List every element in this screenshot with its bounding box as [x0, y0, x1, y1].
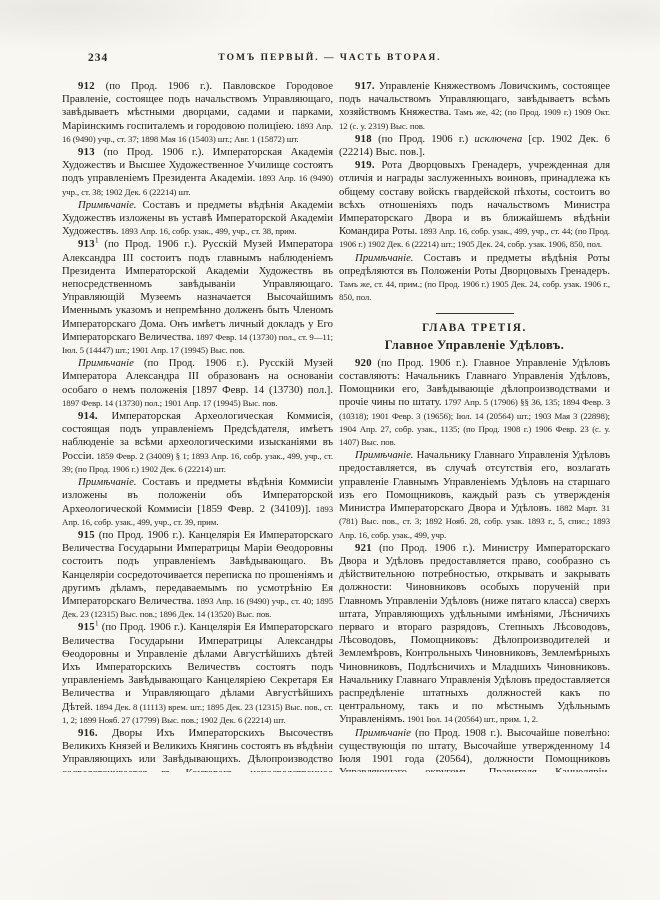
- article-number: 913: [78, 238, 95, 250]
- article-number: 915: [78, 529, 95, 541]
- article-number: 915: [78, 621, 95, 633]
- note-label: Примѣчаніе.: [78, 199, 136, 211]
- statute-citation: 1797 Апр. 5 (17906) §§ 36, 135; 1894 Фев…: [339, 397, 610, 447]
- statute-citation: 1901 Іюл. 14 (20564) шт., прим. 1, 2.: [405, 714, 538, 724]
- note-920: Примѣчаніе. Начальнику Главнаго Управлен…: [339, 449, 610, 541]
- left-column: 912 (по Прод. 1906 г.). Павловское Город…: [62, 80, 333, 772]
- chapter-3-divider: [436, 313, 514, 314]
- statute-citation: 1893 Апр. 16 (9490) учр., ст. 40; 1895 Д…: [62, 596, 333, 619]
- article-915: 915 (по Прод. 1906 г.). Канцелярія Ея Им…: [62, 529, 333, 621]
- article-number: 921: [355, 542, 372, 554]
- article-number: 918: [355, 133, 372, 145]
- statute-citation: 1893 Апр. 16 (9490) учр., ст. 37; 1898 М…: [62, 121, 333, 144]
- scanned-book-page: 234 ТОМЪ ПЕРВЫЙ. — ЧАСТЬ ВТОРАЯ. 912 (по…: [0, 0, 660, 900]
- statute-citation: 1897 Февр. 14 (13730) пол., ст. 9—11; Ію…: [62, 332, 333, 355]
- article-913: 913 (по Прод. 1906 г.). Императорская Ак…: [62, 146, 333, 199]
- statute-citation: 1894 Дек. 8 (11113) врем. шт.; 1895 Дек.…: [62, 702, 333, 725]
- article-918: 918 (по Прод. 1906 г.) исключена [ср. 19…: [339, 133, 610, 159]
- chapter-3-subtitle: Главное Управленіе Удѣловъ.: [339, 339, 610, 352]
- statute-citation: Тамъ же, 42; (по Прод. 1909 г.) 1909 Окт…: [339, 107, 610, 130]
- article-number: 919.: [355, 159, 375, 171]
- statute-citation: 1893 Апр. 16, собр. узак., 499, учр., ст…: [62, 504, 333, 527]
- article-917: 917. Управленіе Княжествомъ Ловичскимъ, …: [339, 80, 610, 133]
- note-913: Примѣчаніе. Составъ и предметы вѣдѣнія А…: [62, 199, 333, 239]
- article-913-1: 9131 (по Прод. 1906 г.). Русскій Музей И…: [62, 238, 333, 357]
- note-label: Примѣчаніе: [78, 357, 134, 369]
- statute-citation: 1893 Апр. 16 (9490) учр., ст. 38; 1902 Д…: [62, 173, 333, 196]
- running-head: 234 ТОМЪ ПЕРВЫЙ. — ЧАСТЬ ВТОРАЯ.: [0, 52, 660, 70]
- article-921: 921 (по Прод. 1906 г.). Министру Императ…: [339, 542, 610, 727]
- article-number: 916.: [78, 727, 98, 739]
- statute-citation: 1893 Апр. 16, собр. узак., 499, учр., ст…: [119, 226, 297, 236]
- article-919: 919. Рота Дворцовыхъ Гренадеръ, учрежден…: [339, 159, 610, 251]
- note-label: Примѣчаніе.: [78, 476, 136, 488]
- chapter-3-title: ГЛАВА ТРЕТІЯ.: [339, 322, 610, 335]
- article-916: 916. Дворы Ихъ Императорскихъ Высочествъ…: [62, 727, 333, 772]
- right-column: 917. Управленіе Княжествомъ Ловичскимъ, …: [339, 80, 610, 772]
- article-914: 914. Императорская Археологическая Комми…: [62, 410, 333, 476]
- article-920: 920 (по Прод. 1906 г.). Главное Управлен…: [339, 357, 610, 449]
- statute-citation: 1897 Февр. 14 (13730) пол.; 1901 Апр. 17…: [62, 398, 277, 408]
- article-number: 920: [355, 357, 372, 369]
- note-label: Примѣчаніе.: [355, 252, 413, 264]
- statute-citation: 1882 Март. 31 (781) Выс. пов., ст. 3; 18…: [339, 503, 610, 539]
- note-label: Примѣчаніе: [355, 727, 411, 739]
- note-914: Примѣчаніе. Составъ и предметы вѣдѣнія К…: [62, 476, 333, 529]
- statute-citation: Тамъ же, ст. 44, прим.; (по Прод. 1906 г…: [339, 279, 610, 302]
- article-number: 913: [78, 146, 95, 158]
- article-number: 914.: [78, 410, 98, 422]
- article-912: 912 (по Прод. 1906 г.). Павловское Город…: [62, 80, 333, 146]
- note-label: Примѣчаніе.: [355, 449, 413, 461]
- statute-citation: 1893 Апр. 16, собр. узак., 499, учр., ст…: [339, 226, 610, 249]
- note-919: Примѣчаніе. Составъ и предметы вѣдѣнія Р…: [339, 252, 610, 305]
- note-921: Примѣчаніе (по Прод. 1908 г.). Высочайше…: [339, 727, 610, 772]
- text-body: 912 (по Прод. 1906 г.). Павловское Город…: [62, 80, 610, 772]
- article-915-1: 9151 (по Прод. 1906 г.). Канцелярія Ея И…: [62, 621, 333, 727]
- statute-citation: 1859 Февр. 2 (34009) § 1; 1893 Апр. 16, …: [62, 451, 333, 474]
- article-number: 917.: [355, 80, 375, 92]
- note-913-1: Примѣчаніе (по Прод. 1906 г.). Русскій М…: [62, 357, 333, 410]
- running-title: ТОМЪ ПЕРВЫЙ. — ЧАСТЬ ВТОРАЯ.: [0, 53, 660, 63]
- article-number: 912: [78, 80, 95, 92]
